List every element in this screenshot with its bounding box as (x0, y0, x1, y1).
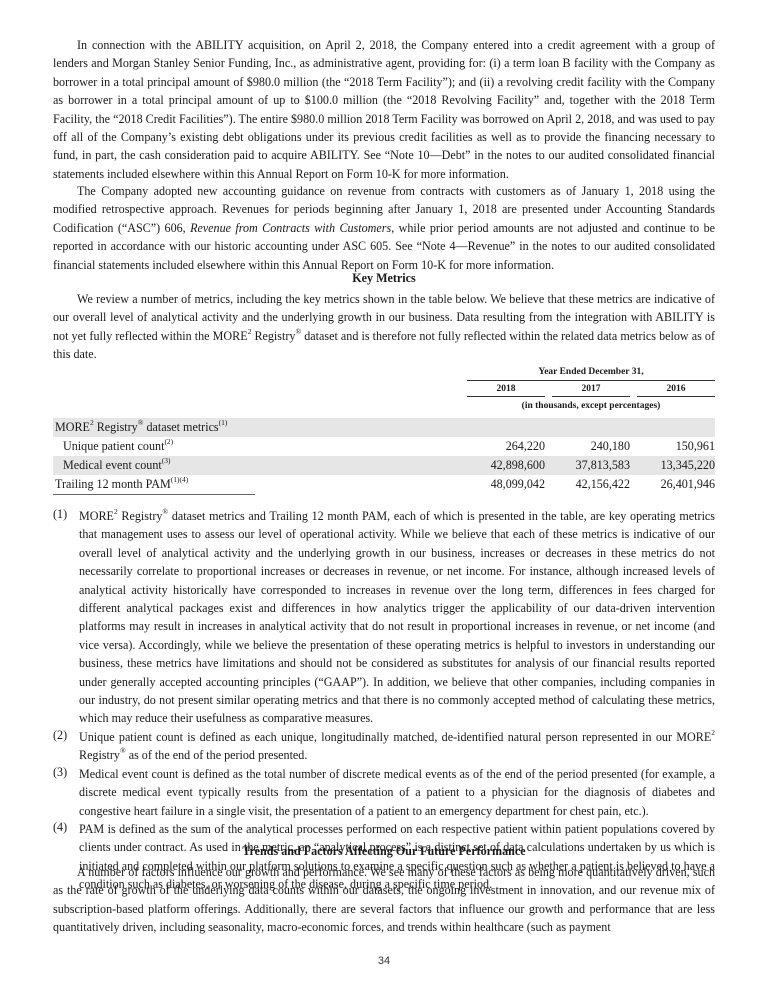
footnote-3: (3) Medical event count is defined as th… (53, 765, 715, 820)
footnote-text: dataset metrics and Trailing 12 month PA… (79, 509, 715, 725)
footnote-text: Unique patient count is defined as each … (79, 730, 711, 744)
table-row-dataset-metrics: MORE2 Registry® dataset metrics(1) (53, 418, 715, 437)
section-heading-key-metrics: Key Metrics (53, 269, 715, 287)
paragraph-trends: A number of factors influence our growth… (53, 863, 715, 937)
superscript: ® (120, 746, 126, 755)
paragraph-credit-agreement: In connection with the ABILITY acquisiti… (53, 36, 715, 183)
footnote-2: (2) Unique patient count is defined as e… (53, 728, 715, 765)
superscript: 2 (90, 418, 94, 427)
footnote-number: (1) (53, 507, 67, 522)
row-label: Trailing 12 month PAM(1)(4) (55, 475, 188, 494)
table-header-period: Year Ended December 31, (467, 366, 715, 381)
superscript: 2 (248, 327, 252, 336)
paragraph-text: In connection with the ABILITY acquisiti… (53, 36, 715, 183)
table-row-medical-event-count: Medical event count(3) 42,898,600 37,813… (53, 456, 715, 475)
cell-2016: 26,401,946 (637, 475, 715, 494)
paragraph-revenue-guidance: The Company adopted new accounting guida… (53, 182, 715, 274)
label-text: Medical event count (63, 458, 162, 472)
cell-2018: 42,898,600 (467, 456, 545, 475)
footnote-ref: (2) (164, 437, 173, 446)
cell-2018: 48,099,042 (467, 475, 545, 494)
cell-2018: 264,220 (467, 437, 545, 456)
table-body: MORE2 Registry® dataset metrics(1) Uniqu… (53, 418, 715, 494)
footnote-number: (4) (53, 820, 67, 835)
superscript: ® (162, 507, 168, 516)
cell-2016: 150,961 (637, 437, 715, 456)
footnote-text: Registry (118, 509, 163, 523)
footnote-number: (3) (53, 765, 67, 780)
footnote-1: (1) MORE2 Registry® dataset metrics and … (53, 507, 715, 728)
cell-2016: 13,345,220 (637, 456, 715, 475)
section-heading-trends: Trends and Factors Affecting Our Future … (53, 842, 715, 860)
superscript: ® (295, 327, 301, 336)
footnote-text: Medical event count is defined as the to… (79, 767, 715, 818)
superscript: 2 (711, 728, 715, 737)
column-header-2016: 2016 (637, 382, 715, 397)
label-text: MORE (55, 420, 90, 434)
label-text: Unique patient count (63, 439, 164, 453)
column-header-2017: 2017 (552, 382, 630, 397)
standard-title: Revenue from Contracts with Customers (190, 221, 391, 235)
footnote-ref: (1)(4) (171, 475, 189, 484)
row-label: MORE2 Registry® dataset metrics(1) (55, 418, 227, 437)
column-header-2018: 2018 (467, 382, 545, 397)
label-text: Trailing 12 month PAM (55, 477, 171, 491)
label-text: Registry (94, 420, 138, 434)
superscript: 2 (114, 507, 118, 516)
cell-2017: 240,180 (552, 437, 630, 456)
cell-2017: 42,156,422 (552, 475, 630, 494)
table-row-unique-patient-count: Unique patient count(2) 264,220 240,180 … (53, 437, 715, 456)
label-text: dataset metrics (143, 420, 218, 434)
superscript: ® (138, 418, 144, 427)
row-label: Unique patient count(2) (63, 437, 173, 456)
cell-2017: 37,813,583 (552, 456, 630, 475)
footnotes: (1) MORE2 Registry® dataset metrics and … (53, 507, 715, 894)
page-number: 34 (0, 955, 768, 967)
row-label: Medical event count(3) (63, 456, 170, 475)
footnote-text: as of the end of the period presented. (126, 748, 308, 762)
footnote-text: MORE (79, 509, 114, 523)
paragraph-text: Registry (251, 329, 295, 343)
table-units-note: (in thousands, except percentages) (467, 400, 715, 413)
table-row-trailing-pam: Trailing 12 month PAM(1)(4) 48,099,042 4… (53, 475, 715, 494)
footnote-ref: (1) (219, 418, 228, 427)
paragraph-text: A number of factors influence our growth… (53, 863, 715, 937)
footnote-ref: (3) (162, 456, 171, 465)
footnote-divider (53, 494, 255, 495)
paragraph-key-metrics-intro: We review a number of metrics, including… (53, 290, 715, 364)
footnote-number: (2) (53, 728, 67, 743)
footnote-text: Registry (79, 748, 120, 762)
table-header-years: 2018 2017 2016 (467, 382, 715, 398)
